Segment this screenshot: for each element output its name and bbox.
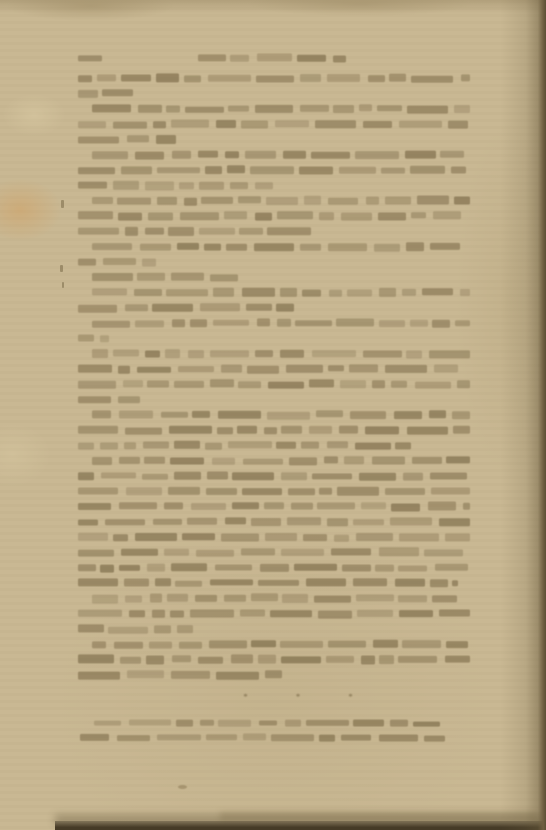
faded-word-mark (294, 564, 338, 571)
faded-word-mark (379, 735, 418, 742)
faded-word-mark (238, 197, 261, 204)
faded-text-line (78, 376, 470, 391)
faded-word-mark (187, 518, 218, 525)
faded-text-line (80, 716, 464, 731)
faded-text-line (78, 101, 470, 116)
faded-word-mark (125, 227, 138, 235)
faded-word-mark (153, 121, 166, 128)
faded-word-mark (258, 655, 276, 663)
faded-word-mark (402, 288, 416, 296)
faded-word-mark (156, 135, 176, 143)
faded-word-mark (192, 411, 210, 418)
faded-text-line (78, 284, 470, 299)
faded-word-mark (454, 196, 470, 204)
faded-word-mark (395, 442, 411, 450)
faded-word-mark (407, 106, 448, 113)
faded-word-mark (374, 243, 399, 251)
faded-word-mark (328, 243, 367, 251)
faded-word-mark (341, 734, 372, 740)
faded-word-mark (100, 335, 110, 342)
faded-word-mark (78, 212, 113, 219)
faded-word-mark (78, 533, 108, 541)
faded-word-mark (406, 243, 424, 251)
faded-text-line (78, 85, 470, 100)
faded-word-mark (280, 288, 296, 296)
faded-word-mark (463, 503, 470, 510)
faded-word-mark (180, 212, 219, 220)
faded-word-mark (149, 641, 171, 649)
faded-word-mark (377, 105, 402, 112)
faded-word-mark (303, 534, 327, 541)
faded-word-mark (145, 182, 174, 190)
faded-word-mark (206, 734, 237, 739)
faded-word-mark (281, 657, 321, 664)
faded-word-mark (375, 565, 394, 572)
faded-word-mark (454, 105, 470, 112)
faded-word-mark (255, 182, 273, 189)
faded-word-mark (251, 594, 278, 602)
faded-word-mark (171, 120, 210, 128)
faded-text-line (78, 422, 470, 437)
faded-word-mark (176, 719, 193, 726)
faded-word-mark (157, 734, 201, 741)
faded-text-line (78, 192, 470, 207)
foxing-mark (62, 282, 64, 288)
faded-word-mark (255, 105, 292, 113)
faded-word-mark (452, 411, 470, 419)
faded-word-mark (372, 380, 385, 388)
faded-word-mark (412, 457, 442, 464)
faded-word-mark (179, 642, 202, 649)
faded-word-mark (300, 105, 329, 112)
faded-word-mark (174, 472, 200, 480)
faded-word-mark (225, 518, 246, 525)
faded-word-mark (257, 54, 293, 62)
faded-word-mark (245, 150, 276, 158)
faded-word-mark (146, 656, 165, 664)
faded-word-mark (410, 319, 428, 326)
faded-word-mark (389, 74, 406, 82)
faded-word-mark (286, 365, 324, 372)
faded-word-mark (399, 120, 442, 127)
faded-word-mark (216, 672, 259, 680)
faded-word-mark (119, 502, 158, 509)
faded-word-mark (101, 472, 137, 479)
faded-word-mark (361, 502, 386, 509)
faded-word-mark (260, 564, 289, 572)
faded-word-mark (135, 151, 164, 159)
faded-word-mark (198, 55, 226, 61)
faded-word-mark (460, 289, 470, 297)
faded-word-mark (282, 594, 307, 602)
faded-word-mark (100, 565, 114, 573)
faded-word-mark (398, 565, 427, 572)
faded-word-mark (285, 720, 301, 727)
faded-word-mark (78, 579, 118, 587)
faded-word-mark (198, 151, 219, 158)
faded-word-mark (125, 427, 162, 434)
faded-word-mark (113, 181, 139, 189)
faded-word-mark (329, 290, 342, 297)
faded-word-mark (125, 304, 148, 311)
faded-word-mark (300, 244, 321, 251)
faded-word-mark (445, 533, 470, 541)
faded-word-mark (92, 273, 133, 281)
faded-word-mark (316, 411, 343, 418)
faded-word-mark (135, 533, 177, 541)
faded-word-mark (265, 533, 298, 541)
faded-word-mark (78, 672, 120, 679)
faded-word-mark (254, 243, 294, 251)
faded-word-mark (119, 564, 139, 571)
footnote-block (80, 716, 464, 745)
faded-word-mark (225, 152, 239, 159)
faded-word-mark (363, 351, 401, 358)
faded-word-mark (157, 196, 176, 204)
faded-word-mark (350, 411, 386, 418)
running-title (78, 49, 470, 72)
faded-word-mark (177, 243, 200, 250)
faded-word-mark (359, 473, 395, 481)
faded-word-mark (353, 578, 387, 586)
faded-word-mark (218, 720, 251, 727)
faded-word-mark (341, 213, 371, 220)
faded-word-mark (461, 74, 470, 81)
faded-word-mark (113, 350, 139, 357)
faded-word-mark (182, 533, 215, 540)
faded-word-mark (199, 228, 235, 235)
faded-text-line (78, 208, 470, 223)
faded-word-mark (304, 196, 320, 204)
faded-text-line (78, 544, 470, 559)
faded-word-mark (357, 610, 394, 617)
faded-word-mark (309, 426, 331, 433)
faded-word-mark (94, 720, 121, 725)
faded-word-mark (78, 519, 98, 526)
faded-word-mark (403, 473, 423, 481)
faded-word-mark (78, 227, 119, 234)
faded-word-mark (264, 427, 277, 434)
faded-word-mark (120, 657, 141, 664)
faded-word-mark (435, 564, 468, 571)
faded-word-mark (311, 152, 350, 159)
faded-text-line (80, 731, 464, 746)
faded-word-mark (342, 565, 371, 572)
faded-word-mark (446, 641, 468, 648)
faded-word-mark (319, 213, 334, 220)
faded-word-mark (287, 517, 321, 525)
faded-word-mark (153, 518, 182, 525)
faded-word-mark (164, 503, 183, 510)
faded-text-line (78, 575, 470, 590)
faded-word-mark (440, 151, 464, 158)
faded-text-line (78, 177, 470, 192)
faded-text-line (78, 452, 470, 467)
faded-word-mark (415, 382, 451, 389)
faded-word-mark (80, 734, 109, 741)
faded-word-mark (289, 457, 317, 465)
faded-word-mark (227, 166, 245, 173)
faded-word-mark (452, 580, 458, 587)
faded-word-mark (448, 121, 469, 129)
faded-word-mark (92, 243, 132, 250)
faded-word-mark (246, 304, 272, 311)
faded-text-line (78, 407, 470, 422)
faded-word-mark (190, 319, 207, 327)
faded-word-mark (126, 488, 162, 496)
faded-word-mark (92, 410, 111, 418)
faded-word-mark (255, 213, 272, 221)
faded-word-mark (250, 167, 293, 174)
faded-text-line (78, 636, 470, 651)
faded-word-mark (78, 426, 118, 434)
faded-word-mark (315, 120, 357, 128)
section-break: *** (78, 692, 518, 702)
faded-text-line (78, 345, 470, 360)
faded-word-mark (251, 518, 281, 525)
faded-word-mark (457, 380, 470, 388)
faded-word-mark (125, 595, 143, 602)
faded-word-mark (301, 442, 319, 449)
faded-word-mark (232, 472, 273, 480)
faded-word-mark (171, 273, 204, 281)
faded-word-mark (191, 503, 226, 510)
faded-word-mark (78, 136, 119, 144)
faded-word-mark (117, 198, 151, 205)
faded-word-mark (276, 303, 293, 311)
faded-word-mark (451, 166, 466, 173)
faded-word-mark (232, 503, 259, 510)
faded-word-mark (78, 503, 111, 510)
faded-word-mark (226, 244, 247, 251)
faded-text-line (78, 254, 470, 269)
faded-word-mark (148, 213, 173, 221)
faded-word-mark (118, 212, 142, 220)
faded-word-mark (379, 656, 394, 664)
faded-word-mark (188, 350, 205, 358)
faded-word-mark (215, 564, 252, 571)
faded-word-mark (327, 441, 349, 448)
faded-word-mark (78, 121, 106, 128)
faded-word-mark (411, 212, 426, 219)
faded-word-mark (385, 365, 427, 372)
faded-word-mark (124, 578, 149, 586)
faded-word-mark (430, 579, 448, 587)
faded-text-line (78, 269, 470, 284)
faded-word-mark (155, 578, 171, 586)
faded-word-mark (152, 609, 165, 617)
faded-word-mark (167, 594, 188, 602)
faded-word-mark (356, 533, 393, 541)
faded-word-mark (336, 318, 374, 326)
faded-word-mark (169, 426, 212, 434)
faded-word-mark (267, 412, 310, 420)
faded-word-mark (166, 106, 180, 113)
faded-word-mark (257, 319, 270, 326)
faded-text-line (78, 560, 470, 575)
faded-text-line (78, 590, 470, 605)
faded-word-mark (431, 487, 470, 494)
faded-word-mark (366, 196, 379, 204)
faded-text-line (78, 514, 470, 529)
faded-text-line (78, 223, 470, 238)
faded-text-line (78, 361, 470, 376)
faded-word-mark (288, 488, 315, 495)
faded-word-mark (247, 365, 279, 373)
faded-word-mark (349, 365, 378, 373)
faded-word-mark (224, 211, 248, 219)
faded-word-mark (334, 535, 350, 542)
faded-word-mark (135, 320, 164, 327)
faded-word-mark (326, 656, 353, 663)
faded-word-mark (217, 427, 233, 434)
faded-word-mark (300, 74, 320, 82)
faded-word-mark (243, 734, 266, 741)
faded-word-mark (170, 611, 184, 618)
faded-text-line (78, 131, 470, 146)
faded-word-mark (102, 90, 133, 97)
faded-word-mark (381, 167, 406, 174)
faded-word-mark (168, 487, 200, 495)
faded-word-mark (270, 611, 311, 618)
foxing-mark (60, 265, 63, 272)
faded-word-mark (439, 518, 470, 526)
faded-text-line (78, 330, 470, 345)
faded-word-mark (385, 196, 412, 204)
faded-word-mark (422, 288, 453, 296)
faded-word-mark (92, 151, 128, 159)
faded-word-mark (165, 350, 180, 358)
faded-word-mark (174, 381, 205, 388)
faded-word-mark (156, 73, 179, 81)
faded-word-mark (242, 488, 282, 495)
faded-word-mark (134, 289, 161, 296)
faded-word-mark (119, 457, 140, 464)
faded-text-line (78, 529, 470, 544)
faded-word-mark (368, 75, 385, 82)
faded-word-mark (78, 259, 96, 266)
faded-word-mark (328, 640, 367, 647)
faded-word-mark (405, 150, 436, 158)
faded-text-line (78, 299, 470, 314)
faded-word-mark (240, 610, 265, 617)
faded-word-mark (78, 565, 96, 572)
faded-word-mark (230, 55, 249, 61)
faded-text-line (78, 238, 470, 253)
smudge-stain (178, 785, 187, 789)
faded-word-mark (170, 458, 204, 465)
faded-word-mark (391, 503, 420, 511)
faded-word-mark (78, 549, 114, 557)
faded-word-mark (154, 625, 172, 633)
faded-word-mark (196, 550, 233, 557)
faded-word-mark (78, 472, 94, 480)
faded-word-mark (216, 120, 236, 128)
faded-text-line (78, 315, 470, 330)
faded-word-mark (312, 473, 352, 480)
faded-word-mark (339, 166, 376, 173)
faded-word-mark (210, 274, 239, 281)
faded-word-mark (137, 366, 171, 373)
faded-word-mark (210, 350, 249, 357)
faded-word-mark (118, 396, 140, 403)
faded-word-mark (391, 380, 407, 387)
faded-word-mark (428, 502, 456, 510)
faded-word-mark (251, 640, 276, 647)
faded-word-mark (228, 105, 248, 112)
faded-word-mark (406, 350, 422, 358)
faded-text-line (78, 498, 470, 513)
faded-word-mark (198, 656, 224, 664)
faded-word-mark (209, 641, 247, 649)
faded-word-mark (302, 290, 321, 297)
faded-word-mark (207, 471, 228, 479)
faded-word-mark (92, 595, 118, 603)
faded-word-mark (390, 720, 408, 727)
faded-text-line (78, 437, 470, 452)
faded-word-mark (157, 167, 199, 174)
faded-word-mark (78, 181, 107, 189)
faded-word-mark (268, 381, 305, 388)
faded-word-mark (92, 641, 106, 648)
faded-text-line (78, 667, 470, 682)
faded-word-mark (224, 595, 246, 602)
faded-text-line (78, 116, 470, 131)
faded-word-mark (327, 74, 360, 82)
faded-word-mark (92, 349, 108, 357)
faded-word-mark (168, 227, 194, 235)
faded-word-mark (328, 198, 359, 205)
faded-word-mark (172, 320, 186, 327)
faded-word-mark (424, 735, 444, 742)
faded-word-mark (256, 75, 294, 82)
faded-word-mark (353, 519, 384, 526)
faded-word-mark (201, 197, 233, 204)
faded-word-mark (113, 122, 147, 129)
faded-text-line (78, 621, 470, 636)
faded-word-mark (121, 74, 151, 81)
faded-word-mark (166, 289, 209, 297)
faded-word-mark (433, 212, 461, 219)
faded-word-mark (147, 380, 169, 387)
faded-word-mark (283, 151, 306, 159)
faded-word-mark (92, 457, 112, 465)
body-text (78, 70, 470, 682)
faded-word-mark (398, 595, 427, 603)
faded-word-mark (355, 151, 399, 159)
faded-word-mark (114, 641, 144, 649)
faded-word-mark (145, 350, 160, 358)
faded-word-mark (78, 167, 115, 174)
faded-word-mark (372, 456, 405, 464)
faded-word-mark (239, 228, 263, 235)
faded-word-mark (265, 670, 282, 678)
faded-word-mark (218, 411, 261, 419)
faded-word-mark (118, 365, 130, 373)
faded-word-mark (228, 441, 272, 448)
faded-word-mark (140, 244, 171, 251)
faded-word-mark (395, 579, 426, 587)
faded-word-mark (78, 487, 118, 495)
faded-word-mark (195, 595, 217, 602)
faded-text-line (78, 483, 470, 498)
faded-word-mark (105, 519, 145, 526)
faded-word-mark (213, 288, 234, 296)
faded-word-mark (337, 487, 379, 495)
faded-word-mark (147, 563, 165, 571)
faded-word-mark (206, 488, 237, 495)
faded-word-mark (78, 90, 98, 98)
